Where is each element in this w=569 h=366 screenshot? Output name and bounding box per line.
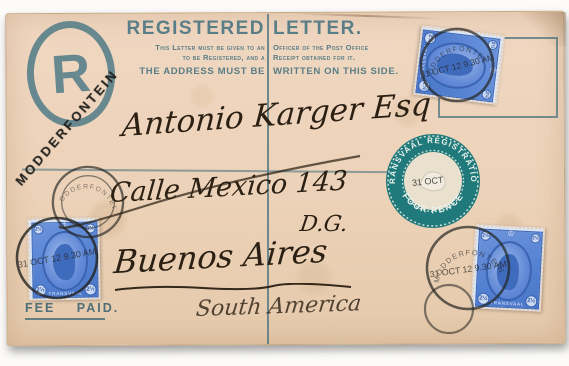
fee-paid-underline	[25, 318, 105, 320]
stamp-value: 2½	[530, 233, 541, 244]
stamp-value: 2½	[525, 295, 538, 308]
header-left-column: REGISTERED This Letter must be given to …	[88, 18, 265, 77]
postmark-partial-bottom	[422, 282, 476, 336]
fee-paid-label: FEE PAID.	[25, 301, 119, 315]
envelope-scan: R REGISTERED This Letter must be given t…	[0, 0, 569, 366]
postmark-date-text: 31 OCT 12 9.30 AM	[429, 259, 507, 280]
postmark-date-text: 31 OCT 12 9.30 AM	[17, 246, 97, 270]
instruction-line2-left: to be Registered, and a	[88, 53, 265, 63]
pen-flourish-stroke	[55, 148, 365, 233]
city-underline-stroke	[113, 283, 353, 293]
instruction-line1-left: This Letter must be given to an	[88, 43, 265, 53]
title-registered: REGISTERED	[88, 18, 265, 40]
